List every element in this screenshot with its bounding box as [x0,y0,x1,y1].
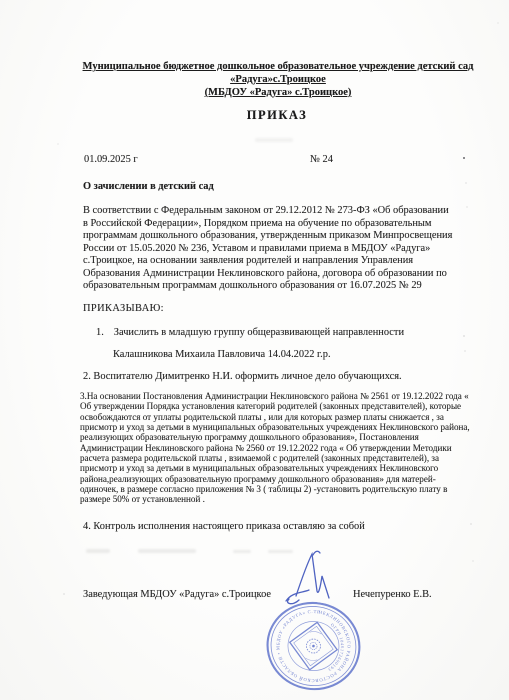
order-item-3: 3.На основании Постановления Администрац… [80,391,470,505]
scan-smudge [268,550,293,553]
order-item-4: 4. Контроль исполнения настоящего приказ… [83,521,463,534]
scanned-order-document: Муниципальное бюджетное дошкольное образ… [0,0,509,700]
header-line-2: «Радуга»с.Троицкое [82,73,474,86]
scan-specks [463,157,465,159]
header-line-1: Муниципальное бюджетное дошкольное образ… [82,60,474,73]
scan-smudge [138,549,196,553]
official-round-stamp: НЕКЛИНОВСКОГО РАЙОНА РОСТОВСКОЙ ОБЛАСТИ … [256,595,369,700]
document-number: № 24 [310,154,333,167]
order-item-2: 2. Воспитателю Димитренко Н.И. оформить … [83,371,463,384]
document-header: Муниципальное бюджетное дошкольное образ… [82,60,474,99]
order-word: ПРИКАЗЫВАЮ: [83,303,164,316]
header-line-3: (МБДОУ «Радуга» с.Троицкое) [82,86,474,99]
scan-smudge [233,550,251,553]
document-subject: О зачислении в детский сад [83,181,214,194]
order-item-1-number: 1. [96,327,104,340]
document-date: 01.09.2025 г [84,154,138,167]
preamble-paragraph: В соответствии с Федеральным законом от … [83,205,455,293]
scan-smudge [255,138,293,142]
order-item-1-text: Зачислить в младшую группу общеразвивающ… [114,327,404,338]
scan-smudge [86,549,110,553]
order-item-1: 1.Зачислить в младшую группу общеразвива… [96,327,456,340]
signature-name: Нечепуренко Е.В. [353,589,432,602]
signature-role: Заведующая МБДОУ «Радуга» с.Троицкое [83,589,271,602]
document-title: ПРИКАЗ [82,108,472,123]
order-item-1-child-name: Калашникова Михаила Павловича 14.04.2022… [113,349,453,362]
